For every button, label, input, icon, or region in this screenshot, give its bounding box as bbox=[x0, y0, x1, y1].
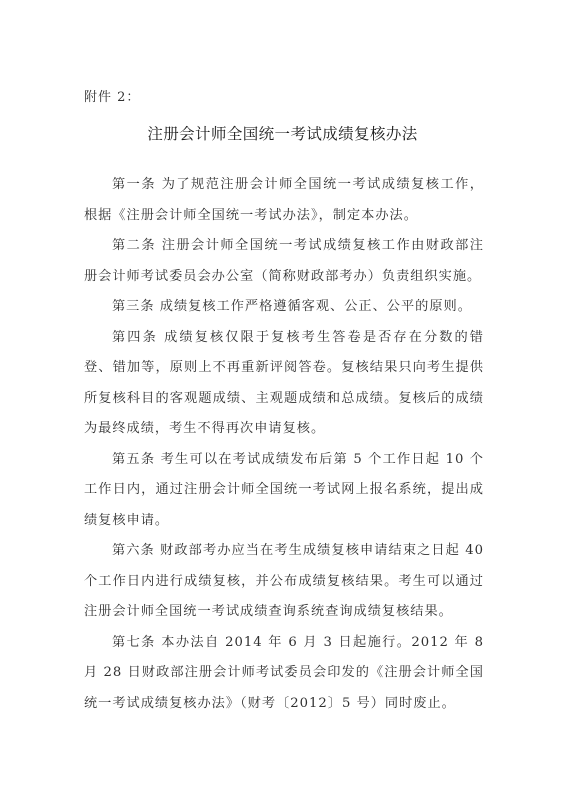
article-4: 第四条 成绩复核仅限于复核考生答卷是否存在分数的错登、错加等，原则上不再重新评阅… bbox=[84, 323, 484, 445]
article-7: 第七条 本办法自 2014 年 6 月 3 日起施行。2012 年 8 月 28… bbox=[84, 628, 484, 720]
attachment-label: 附件 2： bbox=[84, 86, 140, 105]
article-6: 第六条 财政部考办应当在考生成绩复核申请结束之日起 40 个工作日内进行成绩复核… bbox=[84, 536, 484, 628]
document-title: 注册会计师全国统一考试成绩复核办法 bbox=[0, 122, 565, 144]
article-1: 第一条 为了规范注册会计师全国统一考试成绩复核工作，根据《注册会计师全国统一考试… bbox=[84, 170, 484, 231]
article-5: 第五条 考生可以在考试成绩发布后第 5 个工作日起 10 个工作日内，通过注册会… bbox=[84, 445, 484, 537]
document-page: 附件 2： 注册会计师全国统一考试成绩复核办法 第一条 为了规范注册会计师全国统… bbox=[0, 0, 565, 800]
document-body: 第一条 为了规范注册会计师全国统一考试成绩复核工作，根据《注册会计师全国统一考试… bbox=[84, 170, 484, 719]
article-3: 第三条 成绩复核工作严格遵循客观、公正、公平的原则。 bbox=[84, 292, 484, 323]
article-2: 第二条 注册会计师全国统一考试成绩复核工作由财政部注册会计师考试委员会办公室（简… bbox=[84, 231, 484, 292]
